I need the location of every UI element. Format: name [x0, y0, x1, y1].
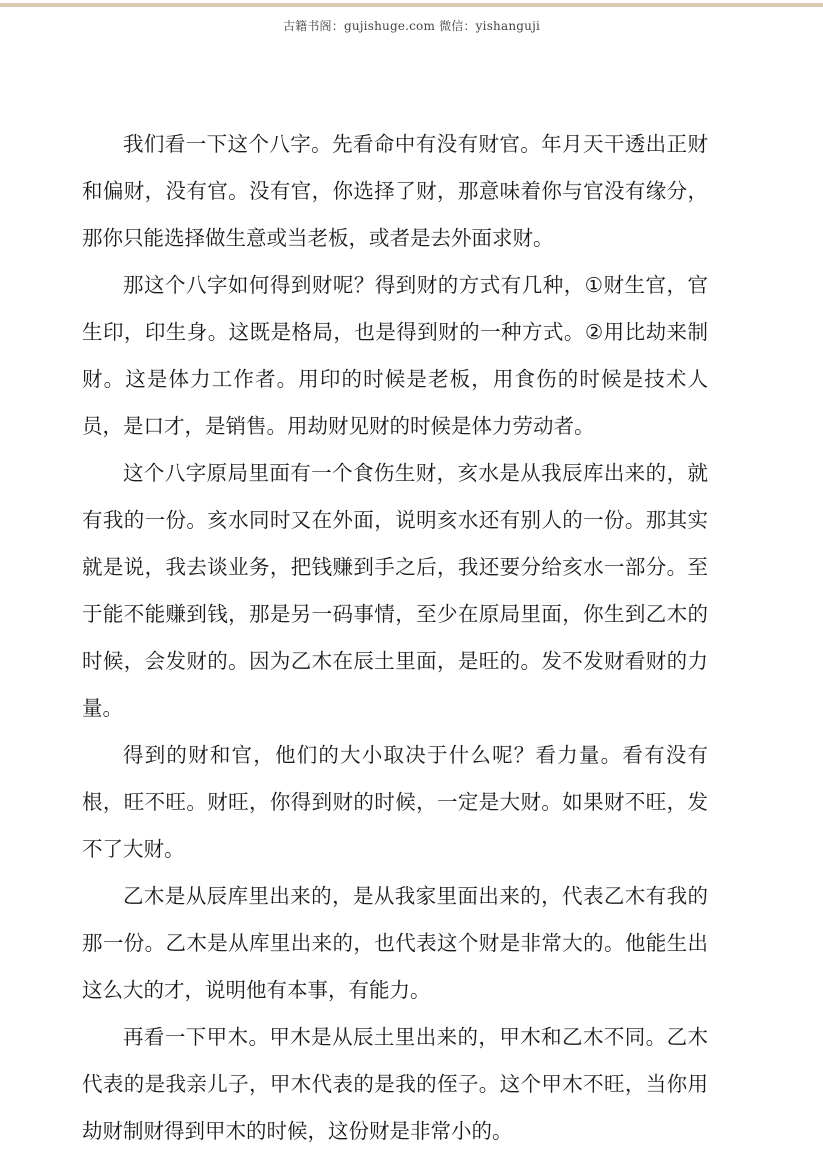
paragraph: 乙木是从辰库里出来的，是从我家里面出来的，代表乙木有我的那一份。乙木是从库里出来… — [82, 873, 708, 1014]
paragraph: 我们看一下这个八字。先看命中有没有财官。年月天干透出正财和偏财，没有官。没有官，… — [82, 121, 708, 262]
paragraph: 那这个八字如何得到财呢？得到财的方式有几种，①财生官，官生印，印生身。这既是格局… — [82, 262, 708, 450]
top-border-rule — [0, 3, 823, 7]
paragraph: 得到的财和官，他们的大小取决于什么呢？看力量。看有没有根，旺不旺。财旺，你得到财… — [82, 732, 708, 873]
page-header: 古籍书阁：gujishuge.com 微信：yishanguji — [0, 17, 823, 34]
paragraph: 再看一下甲木。甲木是从辰土里出来的，甲木和乙木不同。乙木代表的是我亲儿子，甲木代… — [82, 1014, 708, 1151]
paragraph: 这个八字原局里面有一个食伤生财，亥水是从我辰库出来的，就有我的一份。亥水同时又在… — [82, 450, 708, 732]
document-body: 我们看一下这个八字。先看命中有没有财官。年月天干透出正财和偏财，没有官。没有官，… — [82, 121, 708, 1151]
